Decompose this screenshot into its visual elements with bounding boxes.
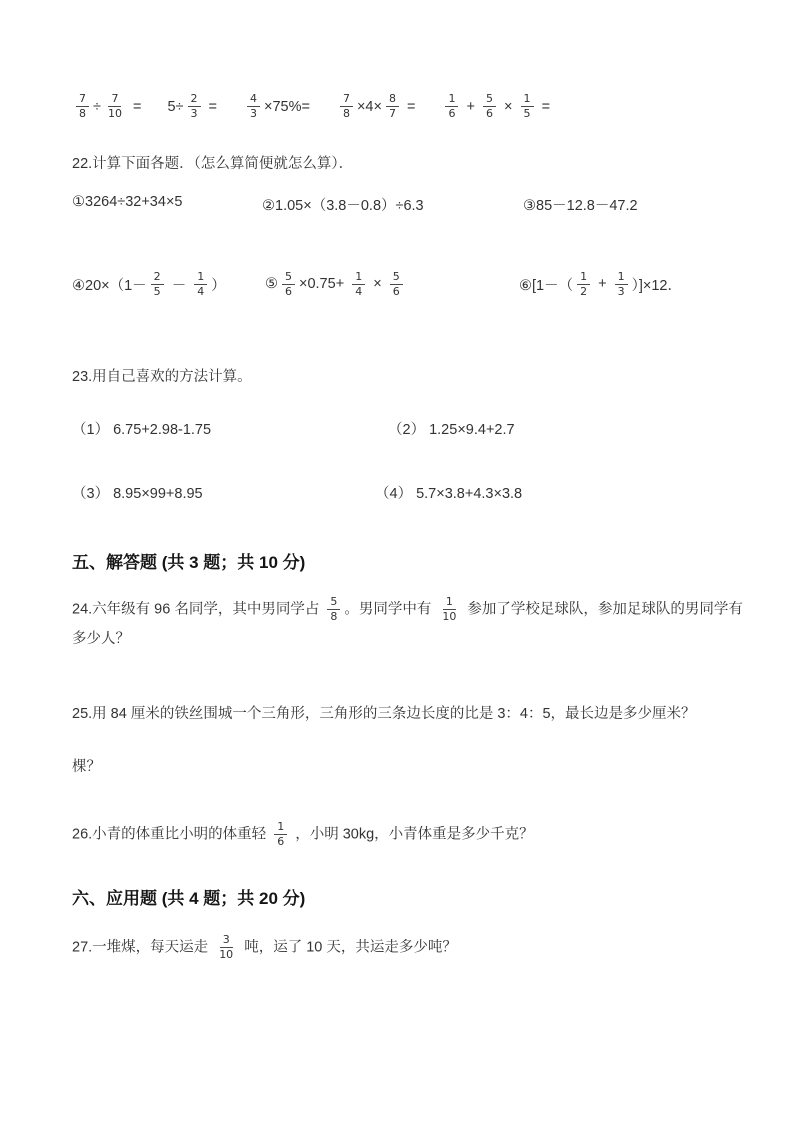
fraction-denominator: 10 — [105, 107, 125, 121]
fraction: 15 — [521, 92, 534, 122]
question-23-row-2: （3） 8.95×99+8.95 （4） 5.7×3.8+4.3×3.8 — [72, 482, 743, 503]
expression-text: － — [168, 274, 191, 295]
fraction-numerator: 7 — [108, 92, 121, 107]
oral-calculation-row: 78÷710 = 5÷23 = 43×75%= 78×4×87 = 16 + 5… — [72, 92, 743, 122]
fraction-denominator: 6 — [390, 285, 403, 299]
fraction-numerator: 3 — [220, 933, 233, 948]
expression-text: = — [129, 99, 142, 115]
expression-text: ） — [211, 274, 226, 295]
question-25: 25.用 84 厘米的铁丝围城一个三角形，三角形的三条边长度的比是 3：4：5，… — [72, 700, 743, 729]
question-24: 24.六年级有 96 名同学，其中男同学占 58。男同学中有 110 参加了学校… — [72, 595, 743, 654]
q23-item-2: （2） 1.25×9.4+2.7 — [388, 418, 743, 439]
fraction-numerator: 1 — [521, 92, 534, 107]
expression-text: 。男同学中有 — [344, 602, 435, 618]
q23-item-1: （1） 6.75+2.98-1.75 — [72, 418, 388, 439]
fraction: 56 — [282, 270, 295, 300]
section-6-heading: 六、应用题 (共 4 题；共 20 分) — [72, 887, 743, 911]
fraction: 56 — [483, 92, 496, 122]
expression-text: 27.一堆煤，每天运走 — [72, 940, 212, 956]
fraction-numerator: 5 — [282, 270, 295, 285]
fraction: 710 — [105, 92, 125, 122]
fraction-numerator: 1 — [352, 270, 365, 285]
fraction-numerator: 1 — [615, 270, 628, 285]
q22-item-4: ④20×（1－25 － 14） — [72, 270, 265, 300]
fraction: 310 — [216, 933, 236, 963]
fraction-denominator: 7 — [386, 107, 399, 121]
expression-text: 24.六年级有 96 名同学，其中男同学占 — [72, 602, 323, 618]
fraction-numerator: 1 — [445, 92, 458, 107]
fraction: 13 — [615, 270, 628, 300]
fraction: 14 — [352, 270, 365, 300]
oral-expression-1: 78÷710 = — [72, 92, 141, 122]
fraction-denominator: 6 — [483, 107, 496, 121]
expression-text: ÷ — [93, 99, 101, 115]
fraction: 43 — [247, 92, 260, 122]
fraction-denominator: 5 — [151, 285, 164, 299]
fraction: 16 — [274, 820, 287, 850]
fraction: 14 — [194, 270, 207, 300]
fraction-numerator: 7 — [76, 92, 89, 107]
expression-text: + — [462, 99, 479, 115]
fraction-numerator: 1 — [194, 270, 207, 285]
q23-item-4: （4） 5.7×3.8+4.3×3.8 — [375, 482, 743, 503]
expression-text: = — [205, 99, 218, 115]
fraction-numerator: 2 — [188, 92, 201, 107]
fraction-denominator: 3 — [247, 107, 260, 121]
expression-text: 5÷ — [167, 99, 183, 115]
expression-text: ，小明 30kg，小青体重是多少千克？ — [291, 826, 534, 842]
fraction: 78 — [76, 92, 89, 122]
fraction: 58 — [327, 595, 340, 625]
question-23-title: 23.用自己喜欢的方法计算。 — [72, 363, 743, 392]
question-23-row-1: （1） 6.75+2.98-1.75 （2） 1.25×9.4+2.7 — [72, 418, 743, 439]
expression-text: ×75%= — [264, 99, 310, 115]
expression-text: ⑥[1－（ — [519, 274, 573, 295]
fraction: 110 — [439, 595, 459, 625]
section-5-heading: 五、解答题 (共 3 题；共 10 分) — [72, 551, 743, 575]
fraction-denominator: 8 — [76, 107, 89, 121]
question-22-row-2: ④20×（1－25 － 14） ⑤56×0.75+ 14 × 56 ⑥[1－（1… — [72, 270, 743, 300]
fraction-numerator: 5 — [390, 270, 403, 285]
fraction-denominator: 2 — [577, 285, 590, 299]
expression-text: 26.小青的体重比小明的体重轻 — [72, 826, 270, 842]
q22-item-3: ③85－12.8－47.2 — [523, 194, 743, 215]
fraction: 16 — [445, 92, 458, 122]
oral-expression-5: 16 + 56 × 15 = — [441, 92, 550, 122]
fraction-denominator: 6 — [282, 285, 295, 299]
expression-text: × — [500, 99, 517, 115]
fraction-denominator: 3 — [188, 107, 201, 121]
fraction-numerator: 5 — [327, 595, 340, 610]
question-26: 26.小青的体重比小明的体重轻 16 ，小明 30kg，小青体重是多少千克？ — [72, 820, 743, 850]
oral-expression-2: 5÷23 = — [167, 92, 217, 122]
fraction-numerator: 1 — [274, 820, 287, 835]
fraction: 56 — [390, 270, 403, 300]
question-25-orphan-line: 棵？ — [72, 753, 743, 782]
fraction-denominator: 4 — [194, 285, 207, 299]
fraction-denominator: 8 — [327, 610, 340, 624]
fraction: 23 — [188, 92, 201, 122]
fraction: 78 — [340, 92, 353, 122]
fraction-denominator: 10 — [216, 948, 236, 962]
fraction-numerator: 2 — [151, 270, 164, 285]
fraction-numerator: 1 — [443, 595, 456, 610]
question-27: 27.一堆煤，每天运走 310 吨，运了 10 天，共运走多少吨？ — [72, 933, 743, 963]
fraction-denominator: 4 — [352, 285, 365, 299]
expression-text: ）]×12． — [632, 274, 682, 295]
question-22-row-1: ①3264÷32+34×5 ②1.05×（3.8－0.8）÷6.3 ③85－12… — [72, 194, 743, 215]
fraction: 25 — [151, 270, 164, 300]
fraction-denominator: 8 — [340, 107, 353, 121]
question-22-title: 22.计算下面各题．（怎么算简便就怎么算）． — [72, 150, 743, 179]
oral-expression-3: 43×75%= — [243, 92, 310, 122]
q22-item-5: ⑤56×0.75+ 14 × 56 — [265, 270, 519, 300]
expression-text: × — [369, 276, 386, 292]
expression-text: + — [594, 276, 611, 292]
q22-item-6: ⑥[1－（12 + 13）]×12． — [519, 270, 743, 300]
expression-text: ×0.75+ — [299, 276, 348, 292]
q23-item-3: （3） 8.95×99+8.95 — [72, 482, 375, 503]
fraction-numerator: 4 — [247, 92, 260, 107]
fraction-denominator: 10 — [439, 610, 459, 624]
fraction-numerator: 7 — [340, 92, 353, 107]
fraction: 87 — [386, 92, 399, 122]
fraction-numerator: 8 — [386, 92, 399, 107]
fraction-denominator: 5 — [521, 107, 534, 121]
fraction-numerator: 1 — [577, 270, 590, 285]
q22-item-2: ②1.05×（3.8－0.8）÷6.3 — [262, 194, 523, 215]
fraction-denominator: 6 — [445, 107, 458, 121]
fraction-denominator: 3 — [615, 285, 628, 299]
expression-text: ④20×（1－ — [72, 274, 147, 295]
expression-text: = — [403, 99, 416, 115]
expression-text: 吨，运了 10 天，共运走多少吨？ — [240, 940, 457, 956]
oral-expression-4: 78×4×87 = — [336, 92, 416, 122]
expression-text: = — [538, 99, 551, 115]
fraction-numerator: 5 — [483, 92, 496, 107]
expression-text: ⑤ — [265, 276, 278, 292]
fraction: 12 — [577, 270, 590, 300]
worksheet-page: 78÷710 = 5÷23 = 43×75%= 78×4×87 = 16 + 5… — [0, 0, 793, 1122]
expression-text: ×4× — [357, 99, 382, 115]
fraction-denominator: 6 — [274, 835, 287, 849]
q22-item-1: ①3264÷32+34×5 — [72, 194, 262, 210]
